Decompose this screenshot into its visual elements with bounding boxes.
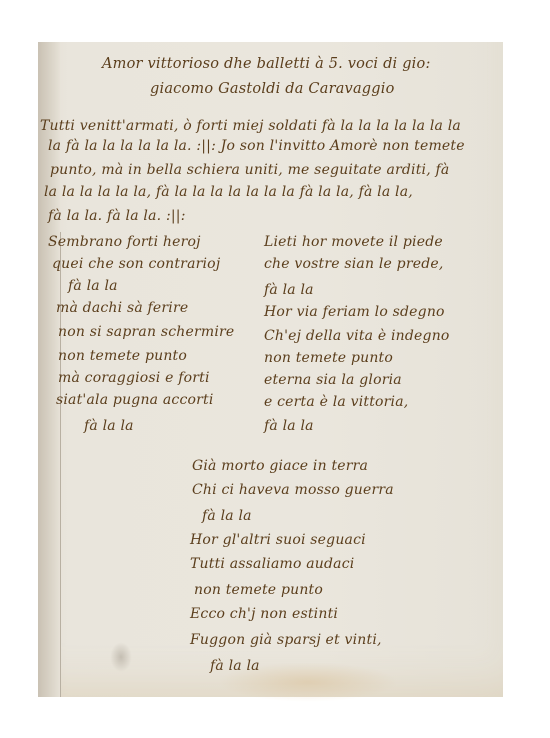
- final-stanza-line-4: Hor gl'altri suoi seguaci: [190, 532, 366, 548]
- ink-smudge: [110, 642, 132, 672]
- stanza1-line-3: punto, mà in bella schiera uniti, me seg…: [50, 162, 449, 178]
- right-column-line-5: Ch'ej della vita è indegno: [264, 328, 450, 344]
- left-column-line-1: Sembrano forti heroj: [48, 234, 201, 250]
- manuscript-page: Amor vittorioso dhe balletti à 5. voci d…: [38, 42, 503, 697]
- final-stanza-line-3: fà la la: [202, 508, 252, 524]
- right-column-line-4: Hor via feriam lo sdegno: [264, 304, 445, 320]
- stanza1-line-4: la la la la la la, fà la la la la la la …: [44, 184, 413, 200]
- right-column-line-6: non temete punto: [264, 350, 393, 366]
- stanza1-line-1: Tutti venitt'armati, ò forti miej soldat…: [40, 118, 461, 134]
- left-column-line-7: mà coraggiosi e forti: [58, 370, 210, 386]
- left-column-line-9: fà la la: [84, 418, 134, 434]
- final-stanza-line-8: Fuggon già sparsj et vinti,: [190, 632, 382, 648]
- heading-line-1: Amor vittorioso dhe balletti à 5. voci d…: [102, 56, 431, 72]
- right-column-line-2: che vostre sian le prede,: [264, 256, 444, 272]
- right-column-line-1: Lieti hor movete il piede: [264, 234, 443, 250]
- final-stanza-line-5: Tutti assaliamo audaci: [190, 556, 354, 572]
- stanza1-line-5: fà la la. fà la la. :||:: [48, 208, 186, 224]
- right-column-line-3: fà la la: [264, 282, 314, 298]
- left-column-line-5: non si sapran schermire: [58, 324, 234, 340]
- left-column-line-2: quei che son contrarioj: [52, 256, 220, 272]
- right-column-line-8: e certa è la vittoria,: [264, 394, 408, 410]
- final-stanza-line-7: Ecco ch'j non estinti: [190, 606, 338, 622]
- left-column-line-3: fà la la: [68, 278, 118, 294]
- final-stanza-line-6: non temete punto: [194, 582, 323, 598]
- left-column-line-6: non temete punto: [58, 348, 187, 364]
- right-column-line-7: eterna sia la gloria: [264, 372, 402, 388]
- left-column-line-4: mà dachi sà ferire: [56, 300, 188, 316]
- right-column-line-9: fà la la: [264, 418, 314, 434]
- final-stanza-line-9: fà la la: [210, 658, 260, 674]
- final-stanza-line-1: Già morto giace in terra: [192, 458, 368, 474]
- left-column-line-8: siat'ala pugna accorti: [56, 392, 214, 408]
- stanza1-line-2: la fà la la la la la la. :||: Jo son l'i…: [48, 138, 465, 154]
- final-stanza-line-2: Chi ci haveva mosso guerra: [192, 482, 394, 498]
- heading-line-2: giacomo Gastoldi da Caravaggio: [150, 81, 395, 97]
